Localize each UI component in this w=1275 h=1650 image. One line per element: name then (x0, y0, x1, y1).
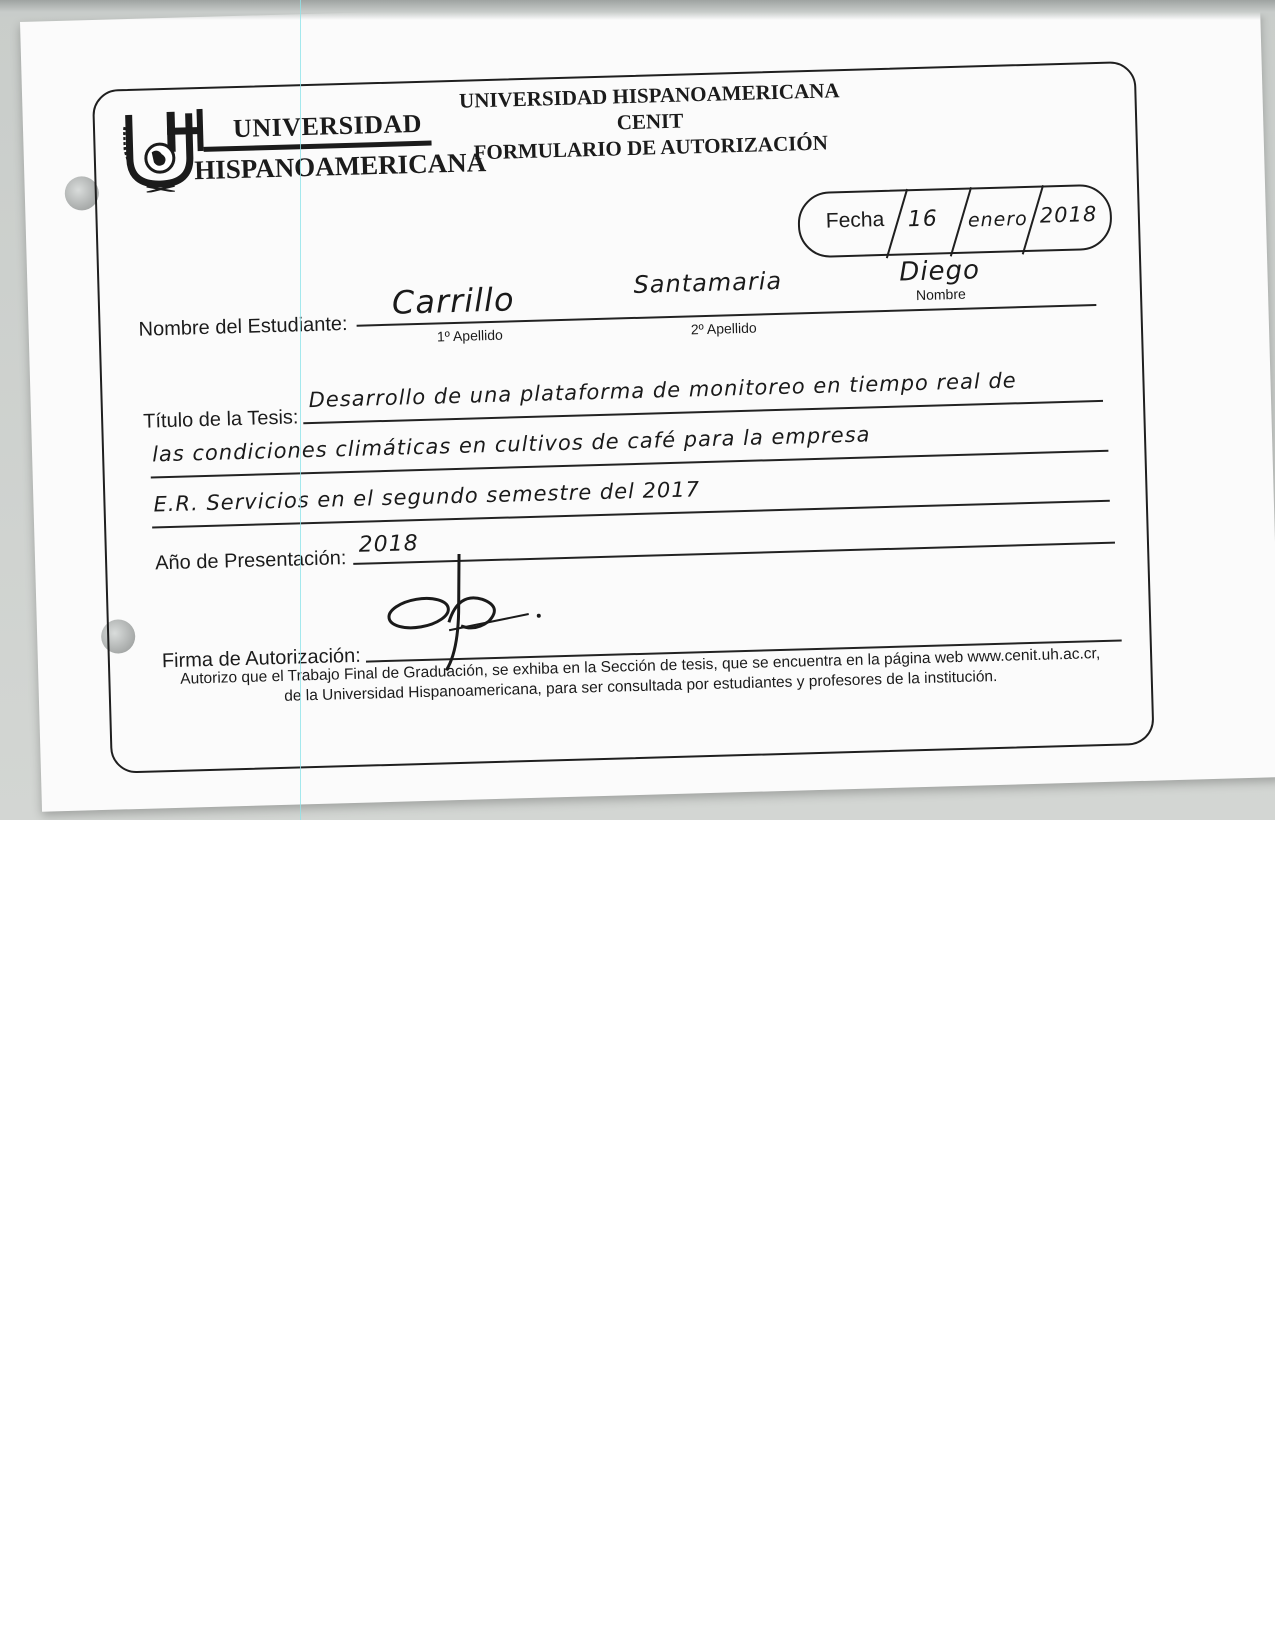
second-surname-caption: 2º Apellido (691, 320, 757, 338)
presentation-year-label: Año de Presentación: (155, 547, 347, 575)
first-surname-value: Carrillo (391, 280, 515, 321)
date-label: Fecha (826, 208, 885, 234)
university-logo: UNIVERSIDAD HISPANOAMERICANA (122, 98, 444, 197)
date-month: enero (968, 208, 1028, 232)
thesis-title-line-3: E.R. Servicios en el segundo semestre de… (153, 477, 700, 516)
date-field: Fecha 16 enero 2018 (797, 184, 1113, 259)
authorization-form: UNIVERSIDAD HISPANOAMERICANA UNIVERSIDAD… (92, 61, 1155, 774)
thesis-title-label: Título de la Tesis: (143, 406, 299, 433)
logo-text-universidad: UNIVERSIDAD (233, 109, 423, 144)
uh-globe-laurel-icon (122, 105, 204, 193)
name-value: Diego (899, 255, 980, 287)
student-name-label: Nombre del Estudiante: (138, 313, 348, 342)
scanned-page: UNIVERSIDAD HISPANOAMERICANA UNIVERSIDAD… (0, 0, 1275, 820)
paper-sheet: UNIVERSIDAD HISPANOAMERICANA UNIVERSIDAD… (20, 0, 1275, 812)
second-surname-value: Santamaria (633, 267, 782, 299)
date-year: 2018 (1039, 202, 1097, 228)
first-surname-caption: 1º Apellido (437, 327, 503, 345)
signature-icon (377, 549, 580, 675)
date-separator (886, 189, 908, 259)
scan-guide-line (300, 0, 301, 820)
scanner-shadow (0, 0, 1275, 20)
name-caption: Nombre (916, 286, 966, 303)
date-day: 16 (908, 206, 939, 232)
form-header: UNIVERSIDAD HISPANOAMERICANA CENIT FORMU… (439, 77, 861, 167)
